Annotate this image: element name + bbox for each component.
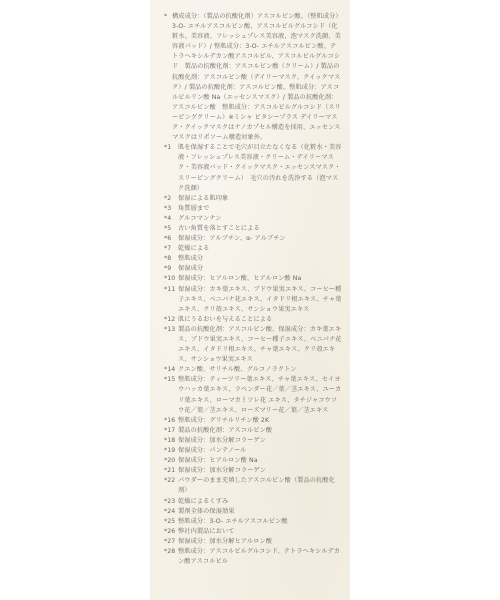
- footnote-mark: *19: [164, 446, 178, 456]
- footnote-item: *25整肌成分：3-O- エチルアスコルビン酸: [164, 517, 342, 527]
- footnote-text: 角質層まで: [178, 204, 342, 214]
- footnote-item: *21保湿成分：加水分解コラーゲン: [164, 466, 342, 476]
- footnote-text: 製剤全体の保湿効果: [178, 507, 342, 517]
- footnote-mark: *3: [164, 204, 178, 214]
- footnote-item: *23乾燥によるくすみ: [164, 497, 342, 507]
- footnote-item: *26弊社内製品において: [164, 527, 342, 537]
- footnote-mark: *26: [164, 527, 178, 537]
- footnote-text: 保湿による肌印象: [178, 194, 342, 204]
- footnote-item: *20保湿成分：ヒアルロン酸 Na: [164, 456, 342, 466]
- footnote-mark: *10: [164, 274, 178, 284]
- footnote-item: *28整肌成分：アスコルビルグルコシド、テトラヘキシルデカン酸アスコルビル: [164, 547, 342, 567]
- footnote-mark: *18: [164, 436, 178, 446]
- footnote-mark: *9: [164, 264, 178, 274]
- footnote-text: 肌を保湿することで毛穴が目立たなくなる（化粧水・美容液・フレッシュプレス美容液・…: [178, 143, 342, 193]
- footnote-mark: *7: [164, 244, 178, 254]
- footnote-mark: *24: [164, 507, 178, 517]
- footnote-text: 整肌成分：ティーツリー葉エキス、チャ葉エキス、セイヨウハッカ葉エキス、ラベンダー…: [178, 375, 342, 415]
- footnote-mark: *20: [164, 456, 178, 466]
- footnote-text: 構成成分：（製品の抗酸化剤）アスコルビン酸、（整肌成分）3-O- エチルアスコル…: [172, 12, 342, 143]
- footnote-item: *3角質層まで: [164, 204, 342, 214]
- footnote-mark: *4: [164, 214, 178, 224]
- footnote-text: 保湿成分：加水分解コラーゲン: [178, 466, 342, 476]
- footnote-mark: *2: [164, 194, 178, 204]
- footnote-mark: *1: [164, 143, 178, 153]
- footnote-item: *18保湿成分：加水分解コラーゲン: [164, 436, 342, 446]
- footnote-item: *11保湿成分：カキ葉エキス、ブドウ果実エキス、コーヒー種子エキス、ベニバナ花エ…: [164, 285, 342, 315]
- footnote-item: *6保湿成分：アルブチン、α- アルブチン: [164, 234, 342, 244]
- footnote-text: クエン酸、サリチル酸、グルコノラクトン: [178, 365, 342, 375]
- footnote-panel: *構成成分：（製品の抗酸化剤）アスコルビン酸、（整肌成分）3-O- エチルアスコ…: [150, 0, 350, 600]
- footnote-text: 乾燥による: [178, 244, 342, 254]
- footnote-text: 保湿成分: [178, 264, 342, 274]
- footnote-item: *8整肌成分: [164, 254, 342, 264]
- footnote-mark: *6: [164, 234, 178, 244]
- footnote-text: 整肌成分：グリチルリチン酸 2K: [178, 416, 342, 426]
- footnote-text: 保湿成分：加水分解コラーゲン: [178, 436, 342, 446]
- footnote-text: 古い角質を落とすことによる: [178, 224, 342, 234]
- footnote-item: *12肌にうるおいを与えることによる: [164, 315, 342, 325]
- footnote-item: *10保湿成分：ヒアルロン酸、ヒアルロン酸 Na: [164, 274, 342, 284]
- footnote-text: 保湿成分：カキ葉エキス、ブドウ果実エキス、コーヒー種子エキス、ベニバナ花エキス、…: [178, 285, 342, 315]
- footnote-text: 肌にうるおいを与えることによる: [178, 315, 342, 325]
- footnote-mark: *23: [164, 497, 178, 507]
- footnote-mark: *12: [164, 315, 178, 325]
- footnote-text: グルコマンナン: [178, 214, 342, 224]
- footnote-text: 整肌成分：アスコルビルグルコシド、テトラヘキシルデカン酸アスコルビル: [178, 547, 342, 567]
- footnote-item: *13製品の抗酸化剤：アスコルビン酸、保湿成分：カキ葉エキス、ブドウ果実エキス、…: [164, 325, 342, 365]
- footnote-mark: *25: [164, 517, 178, 527]
- footnote-item: *27保湿成分：加水分解ヒアルロン酸: [164, 537, 342, 547]
- footnote-mark: *16: [164, 416, 178, 426]
- footnote-item: *5古い角質を落とすことによる: [164, 224, 342, 234]
- footnote-mark: *28: [164, 547, 178, 557]
- footnote-item: *19保湿成分：パンテノール: [164, 446, 342, 456]
- footnote-text: 保湿成分：アルブチン、α- アルブチン: [178, 234, 342, 244]
- footnote-text: 製品の抗酸化剤：アスコルビン酸: [178, 426, 342, 436]
- footnote-list: *構成成分：（製品の抗酸化剤）アスコルビン酸、（整肌成分）3-O- エチルアスコ…: [164, 12, 342, 567]
- footnote-mark: *13: [164, 325, 178, 335]
- footnote-text: 保湿成分：加水分解ヒアルロン酸: [178, 537, 342, 547]
- footnote-mark: *8: [164, 254, 178, 264]
- footnote-ingredients: *構成成分：（製品の抗酸化剤）アスコルビン酸、（整肌成分）3-O- エチルアスコ…: [164, 12, 342, 143]
- footnote-mark: *21: [164, 466, 178, 476]
- footnote-text: パウダーのまま充填したアスコルビン酸（製品の抗酸化剤）: [178, 476, 342, 496]
- footnote-item: *15整肌成分：ティーツリー葉エキス、チャ葉エキス、セイヨウハッカ葉エキス、ラベ…: [164, 375, 342, 415]
- footnote-item: *14クエン酸、サリチル酸、グルコノラクトン: [164, 365, 342, 375]
- footnote-item: *2保湿による肌印象: [164, 194, 342, 204]
- footnote-item: *7乾燥による: [164, 244, 342, 254]
- footnote-mark: *15: [164, 375, 178, 385]
- footnote-mark: *27: [164, 537, 178, 547]
- footnote-item: *1肌を保湿することで毛穴が目立たなくなる（化粧水・美容液・フレッシュプレス美容…: [164, 143, 342, 193]
- footnote-mark: *11: [164, 285, 178, 295]
- footnote-text: 保湿成分：ヒアルロン酸、ヒアルロン酸 Na: [178, 274, 342, 284]
- footnote-mark: *17: [164, 426, 178, 436]
- footnote-item: *4グルコマンナン: [164, 214, 342, 224]
- footnote-item: *9保湿成分: [164, 264, 342, 274]
- footnote-text: 保湿成分：パンテノール: [178, 446, 342, 456]
- footnote-text: 整肌成分: [178, 254, 342, 264]
- footnote-text: 整肌成分：3-O- エチルアスコルビン酸: [178, 517, 342, 527]
- footnote-item: *24製剤全体の保湿効果: [164, 507, 342, 517]
- footnote-item: *22パウダーのまま充填したアスコルビン酸（製品の抗酸化剤）: [164, 476, 342, 496]
- footnote-text: 保湿成分：ヒアルロン酸 Na: [178, 456, 342, 466]
- footnote-text: 弊社内製品において: [178, 527, 342, 537]
- footnote-text: 乾燥によるくすみ: [178, 497, 342, 507]
- footnote-item: *17製品の抗酸化剤：アスコルビン酸: [164, 426, 342, 436]
- footnote-mark: *14: [164, 365, 178, 375]
- footnote-item: *16整肌成分：グリチルリチン酸 2K: [164, 416, 342, 426]
- footnote-text: 製品の抗酸化剤：アスコルビン酸、保湿成分：カキ葉エキス、ブドウ果実エキス、コーヒ…: [178, 325, 342, 365]
- footnote-mark: *: [164, 12, 172, 22]
- footnote-mark: *5: [164, 224, 178, 234]
- footnote-mark: *22: [164, 476, 178, 486]
